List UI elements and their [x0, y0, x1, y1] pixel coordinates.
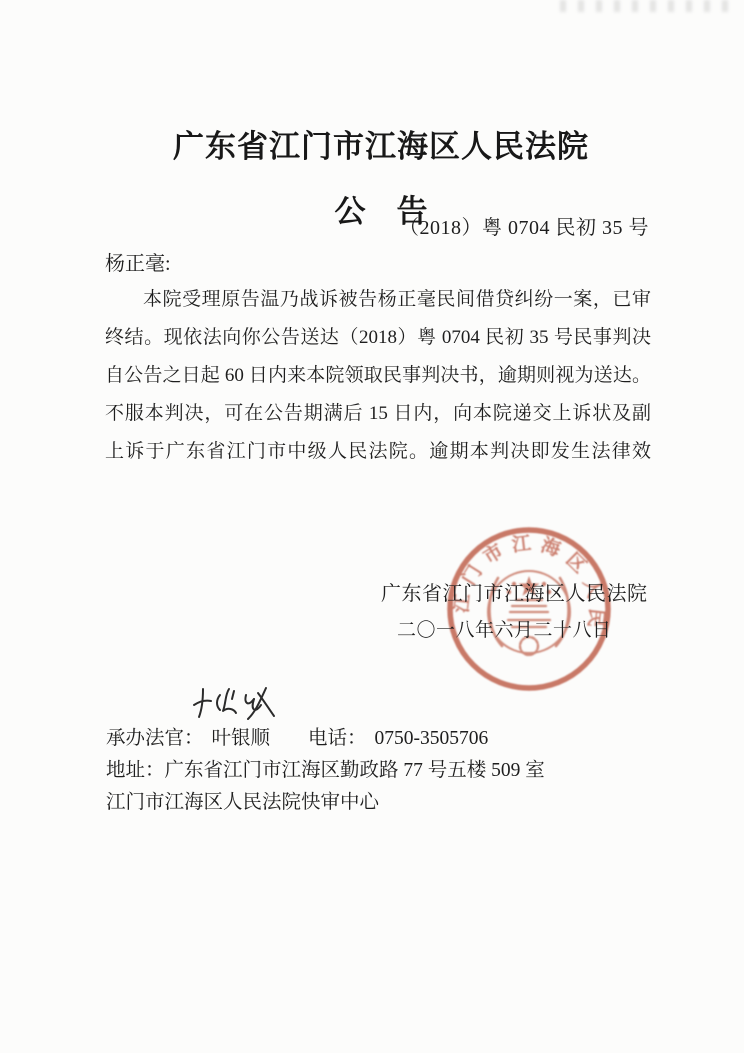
signoff-court-name: 广东省江门市江海区人民法院 — [381, 577, 648, 606]
signoff-date: 二〇一八年六月二十八日 — [397, 615, 612, 642]
official-court-seal: 江门市江海区人民法院 — [444, 524, 614, 694]
notice-body: 本院受理原告温乃战诉被告杨正毫民间借贷纠纷一案，已审理 终结。现依法向你公告送达… — [105, 281, 651, 471]
court-title: 广东省江门市江海区人民法院 — [9, 121, 744, 166]
case-number: （2018）粤 0704 民初 35 号 — [399, 211, 649, 240]
phone-label: 电话： — [308, 728, 367, 749]
court-address: 地址：广东省江门市江海区勤政路 77 号五楼 509 室 — [106, 754, 545, 782]
body-line: 上诉于广东省江门市中级人民法院。逾期本判决即发生法律效力。 — [105, 433, 651, 471]
body-line: 本院受理原告温乃战诉被告杨正毫民间借贷纠纷一案，已审理 — [105, 281, 651, 319]
fast-trial-center: 江门市江海区人民法院快审中心 — [106, 786, 379, 814]
court-notice-page: 广东省江门市江海区人民法院 公 告 （2018）粤 0704 民初 35 号 杨… — [0, 0, 744, 1053]
body-line: 终结。现依法向你公告送达（2018）粤 0704 民初 35 号民事判决书。 — [105, 319, 651, 357]
judge-name: 叶银顺 — [212, 728, 271, 749]
body-line: 自公告之日起 60 日内来本院领取民事判决书，逾期则视为送达。如 — [105, 357, 651, 395]
addressee-name: 杨正毫: — [105, 247, 171, 276]
phone-number: 0750-3505706 — [375, 728, 489, 749]
judge-contact-line: 承办法官：叶银顺电话：0750-3505706 — [106, 722, 488, 750]
judge-label: 承办法官： — [106, 728, 204, 749]
scan-artifact — [560, 0, 730, 12]
body-line: 不服本判决，可在公告期满后 15 日内，向本院递交上诉状及副本， — [105, 395, 651, 433]
